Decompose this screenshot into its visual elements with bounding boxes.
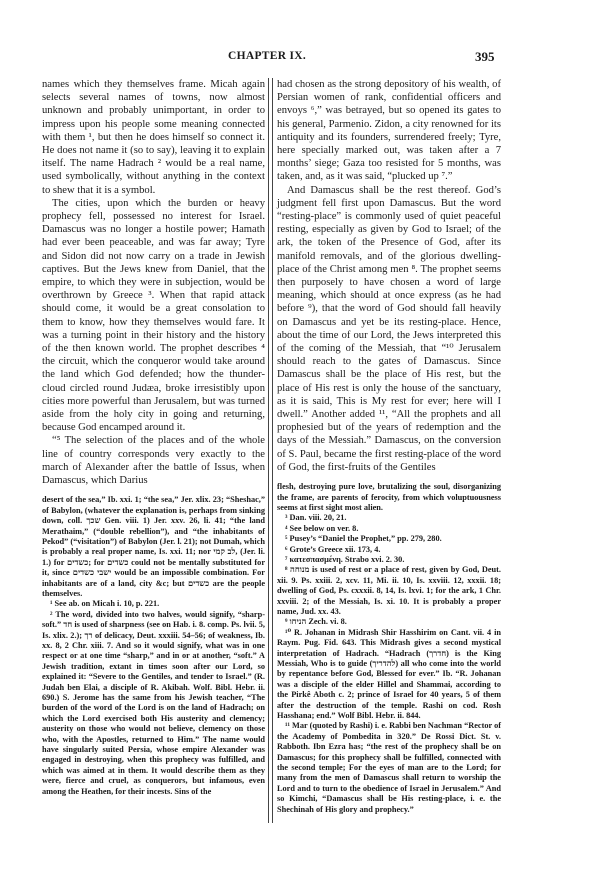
page-number: 395 (475, 49, 495, 65)
footnote: ⁷ κατεσπασμένη. Strabo xvi. 2. 30. (277, 555, 501, 565)
right-footnotes: flesh, destroying pure love, brutalizing… (277, 482, 501, 815)
footnote: ³ Dan. viii. 20, 21. (277, 513, 501, 523)
footnote: ⁶ Grote’s Greece xii. 173, 4. (277, 545, 501, 555)
right-body-text: had chosen as the strong depository of h… (277, 78, 501, 474)
footnote-separator (277, 474, 501, 482)
footnote: ¹ See ab. on Micah i. 10, p. 221. (42, 599, 265, 609)
paragraph: And Damascus shall be the rest thereof. … (277, 184, 501, 474)
running-head: CHAPTER IX. (228, 50, 306, 62)
footnote: ⁹ הניחו Zech. vi. 8. (277, 617, 501, 627)
footnote: ¹⁰ R. Johanan in Midrash Shir Hasshirim … (277, 628, 501, 722)
footnote: ² The word, divided into two halves, wou… (42, 610, 265, 797)
left-body-text: names which they themselves frame. Micah… (42, 78, 265, 487)
footnote: ⁵ Pusey’s “Daniel the Prophet,” pp. 279,… (277, 534, 501, 544)
paragraph: The cities, upon which the burden or hea… (42, 197, 265, 435)
page-header: CHAPTER IX. 395 (0, 50, 592, 66)
paragraph: names which they themselves frame. Micah… (42, 78, 265, 197)
left-column: names which they themselves frame. Micah… (42, 78, 265, 797)
paragraph: “⁵ The selection of the places and of th… (42, 434, 265, 487)
footnote: desert of the sea,” Ib. xxi. 1; “the sea… (42, 495, 265, 599)
left-footnotes: desert of the sea,” Ib. xxi. 1; “the sea… (42, 495, 265, 797)
footnote: ¹¹ Mar (quoted by Rashi) i. e. Rabbi ben… (277, 721, 501, 815)
footnote-separator (42, 487, 265, 495)
footnote: flesh, destroying pure love, brutalizing… (277, 482, 501, 513)
right-column: had chosen as the strong depository of h… (277, 78, 501, 815)
paragraph: had chosen as the strong depository of h… (277, 78, 501, 184)
footnote: ⁴ See below on ver. 8. (277, 524, 501, 534)
book-page: CHAPTER IX. 395 names which they themsel… (0, 0, 592, 881)
column-divider (268, 78, 273, 823)
footnote: ⁸ מנוחה is used of rest or a place of re… (277, 565, 501, 617)
